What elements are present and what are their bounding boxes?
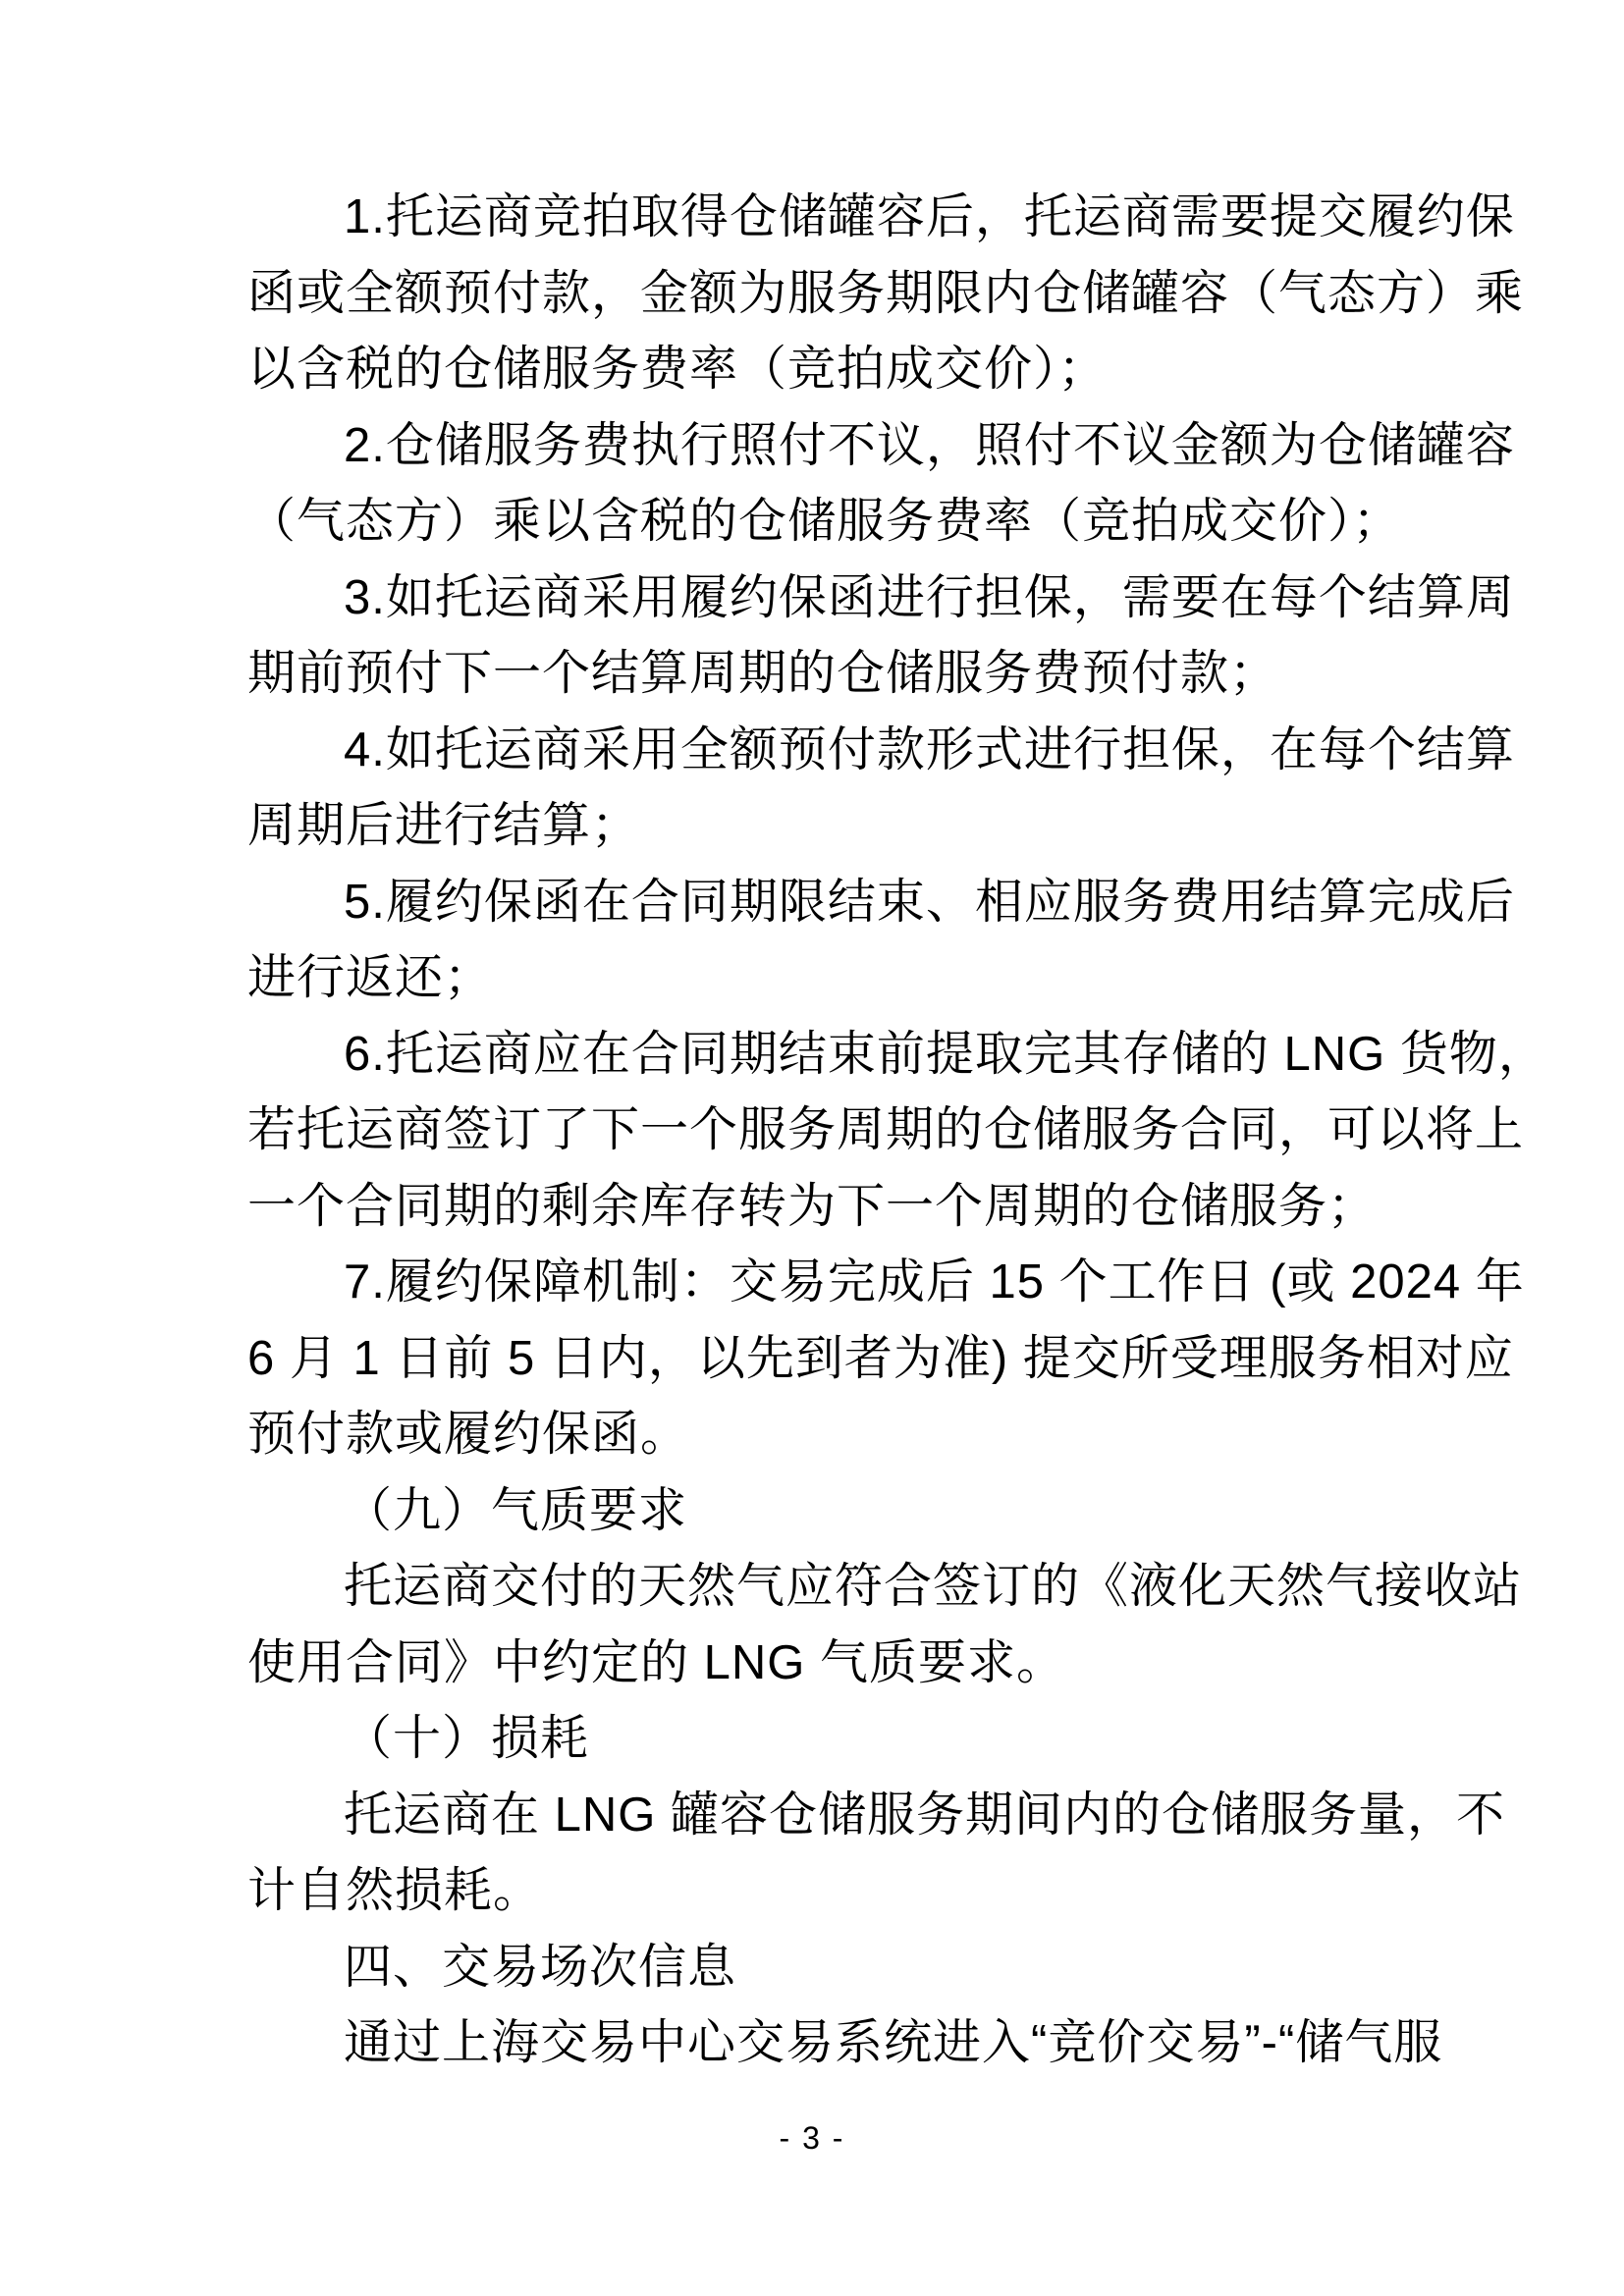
text-line: 期前预付下一个结算周期的仓储服务费预付款；	[247, 636, 1524, 713]
text-line: 4.如托运商采用全额预付款形式进行担保，在每个结算	[247, 713, 1524, 789]
text-line: 周期后进行结算；	[247, 788, 1524, 865]
text-line: 通过上海交易中心交易系统进入“竞价交易”-“储气服	[247, 2005, 1524, 2082]
text-line: 托运商在 LNG 罐容仓储服务期间内的仓储服务量，不	[247, 1778, 1524, 1854]
text-line: 一个合同期的剩余库存转为下一个周期的仓储服务；	[247, 1169, 1524, 1246]
text-line: 5.履约保函在合同期限结束、相应服务费用结算完成后	[247, 865, 1524, 941]
document-page: 1.托运商竞拍取得仓储罐容后，托运商需要提交履约保 函或全额预付款，金额为服务期…	[0, 0, 1624, 2296]
text-line: 四、交易场次信息	[247, 1930, 1524, 2006]
text-line: 进行返还；	[247, 940, 1524, 1017]
text-line: （气态方）乘以含税的仓储服务费率（竞拍成交价）；	[247, 484, 1524, 561]
text-line: 托运商交付的天然气应符合签订的《液化天然气接收站	[247, 1549, 1524, 1626]
text-line: 若托运商签订了下一个服务周期的仓储服务合同，可以将上	[247, 1093, 1524, 1169]
document-body: 1.托运商竞拍取得仓储罐容后，托运商需要提交履约保 函或全额预付款，金额为服务期…	[247, 180, 1524, 2082]
text-line: 1.托运商竞拍取得仓储罐容后，托运商需要提交履约保	[247, 180, 1524, 256]
text-line: 6 月 1 日前 5 日内，以先到者为准) 提交所受理服务相对应	[247, 1321, 1524, 1398]
text-line: 3.如托运商采用履约保函进行担保，需要在每个结算周	[247, 561, 1524, 637]
text-line: 以含税的仓储服务费率（竞拍成交价）；	[247, 332, 1524, 408]
text-line: （九）气质要求	[247, 1473, 1524, 1550]
text-line: 计自然损耗。	[247, 1853, 1524, 1930]
text-line: 6.托运商应在合同期结束前提取完其存储的 LNG 货物，	[247, 1017, 1524, 1094]
text-line: 函或全额预付款，金额为服务期限内仓储罐容（气态方）乘	[247, 256, 1524, 333]
text-line: 7.履约保障机制：交易完成后 15 个工作日 (或 2024 年	[247, 1245, 1524, 1321]
page-number: - 3 -	[0, 2118, 1624, 2158]
text-line: 使用合同》中约定的 LNG 气质要求。	[247, 1626, 1524, 1702]
text-line: 预付款或履约保函。	[247, 1397, 1524, 1473]
text-line: 2.仓储服务费执行照付不议，照付不议金额为仓储罐容	[247, 408, 1524, 485]
text-line: （十）损耗	[247, 1701, 1524, 1778]
